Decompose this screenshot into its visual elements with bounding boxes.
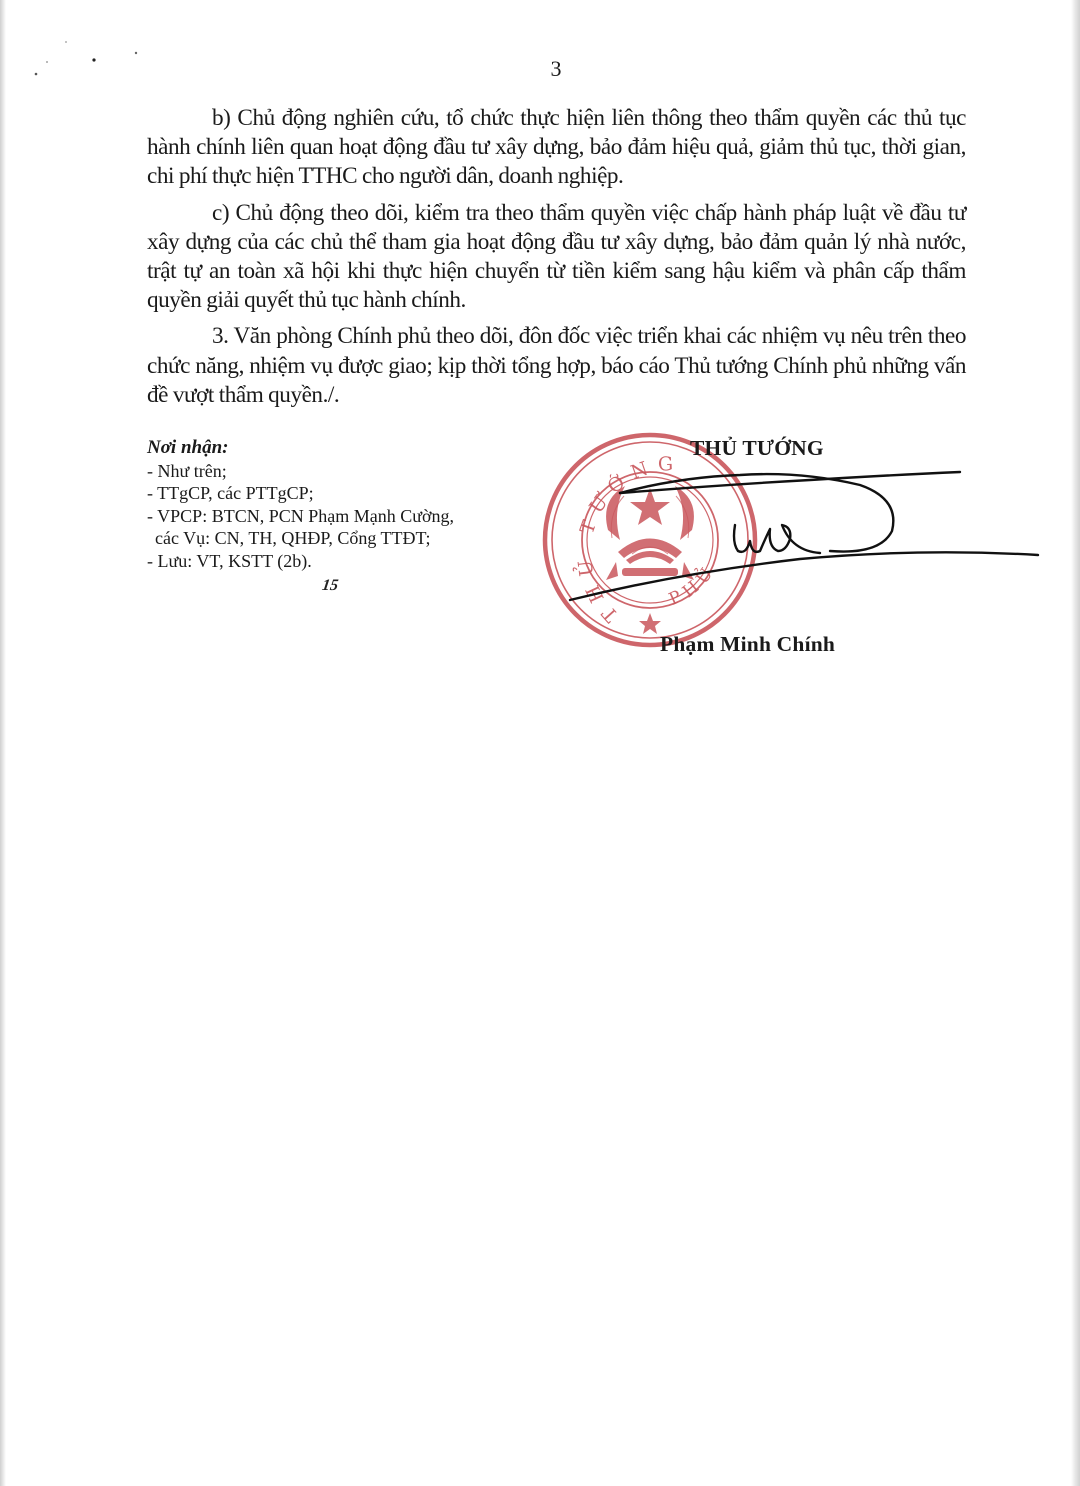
signer-name: Phạm Minh Chính: [660, 632, 835, 657]
recipient-item: - VPCP: BTCN, PCN Phạm Mạnh Cường,: [147, 505, 507, 528]
signature-icon: [560, 455, 1040, 615]
recipient-item: các Vụ: CN, TH, QHĐP, Cổng TTĐT;: [147, 527, 507, 550]
recipients-heading: Nơi nhận:: [147, 437, 507, 460]
paragraph-c: c) Chủ động theo dõi, kiểm tra theo thẩm…: [147, 199, 966, 316]
recipient-item: - Lưu: VT, KSTT (2b).: [147, 550, 507, 573]
recipients-block: Nơi nhận: - Như trên; - TTgCP, các PTTgC…: [147, 437, 507, 573]
page-edge-left: [0, 0, 6, 1486]
copies-note: 15: [321, 577, 340, 595]
page-edge-right: [1071, 0, 1080, 1486]
page-number: 3: [0, 56, 1080, 82]
paragraph-3: 3. Văn phòng Chính phủ theo dõi, đôn đốc…: [147, 322, 966, 410]
recipient-item: - TTgCP, các PTTgCP;: [147, 482, 507, 505]
paragraph-b: b) Chủ động nghiên cứu, tổ chức thực hiệ…: [147, 104, 966, 192]
recipient-item: - Như trên;: [147, 460, 507, 483]
document-body: b) Chủ động nghiên cứu, tổ chức thực hiệ…: [147, 104, 966, 417]
